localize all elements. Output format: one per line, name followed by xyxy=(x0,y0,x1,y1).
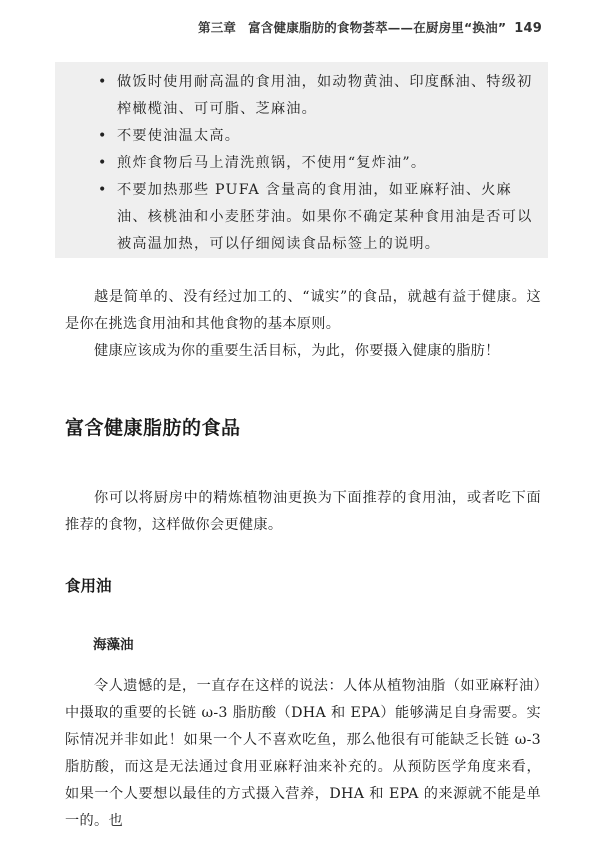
bullet-icon: • xyxy=(98,150,108,177)
chapter-title: 富含健康脂肪的食物荟萃——在厨房里“换油” xyxy=(248,20,506,35)
body-paragraph: 令人遗憾的是，一直存在这样的说法：人体从植物油脂（如亚麻籽油）中摄取的重要的长链… xyxy=(65,673,541,835)
tip-item: •做饭时使用耐高温的食用油，如动物黄油、印度酥油、特级初榨橄榄油、可可脂、芝麻油… xyxy=(55,69,548,123)
tip-item: •煎炸食物后马上清洗煎锅，不使用“复炸油”。 xyxy=(55,150,548,177)
tips-list: •做饭时使用耐高温的食用油，如动物黄油、印度酥油、特级初榨橄榄油、可可脂、芝麻油… xyxy=(55,69,548,258)
intro-paragraph: 越是简单的、没有经过加工的、“诚实”的食品，就越有益于健康。这是你在挑选食用油和… xyxy=(65,284,541,338)
tip-item: •不要使油温太高。 xyxy=(55,123,548,150)
page-number: 149 xyxy=(514,21,542,36)
tip-item: •不要加热那些 PUFA 含量高的食用油，如亚麻籽油、火麻油、核桃油和小麦胚芽油… xyxy=(55,177,548,258)
running-header: 第三章富含健康脂肪的食物荟萃——在厨房里“换油”149 xyxy=(198,18,542,36)
bullet-icon: • xyxy=(98,69,108,96)
tips-box: •做饭时使用耐高温的食用油，如动物黄油、印度酥油、特级初榨橄榄油、可可脂、芝麻油… xyxy=(55,62,548,258)
section-heading: 富含健康脂肪的食品 xyxy=(65,413,241,440)
chapter-label: 第三章 xyxy=(198,20,236,35)
subsection-heading: 食用油 xyxy=(65,574,112,596)
intro-paragraph: 健康应该成为你的重要生活目标，为此，你要摄入健康的脂肪！ xyxy=(65,338,541,365)
item-heading: 海藻油 xyxy=(93,633,134,653)
bullet-icon: • xyxy=(98,123,108,150)
bullet-icon: • xyxy=(98,177,108,204)
section-paragraph: 你可以将厨房中的精炼植物油更换为下面推荐的食用油，或者吃下面推荐的食物，这样做你… xyxy=(65,485,541,539)
